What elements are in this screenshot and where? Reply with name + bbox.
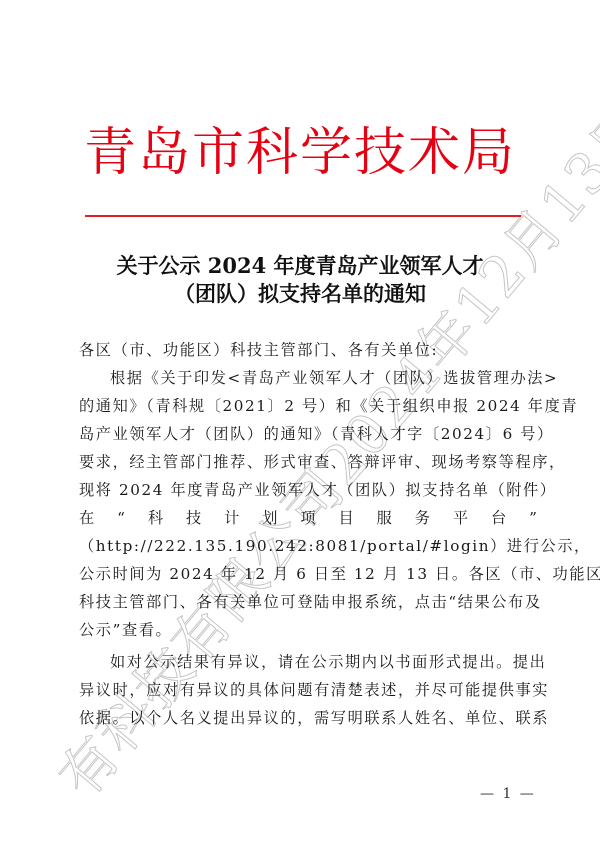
platform-name-line: 在 “ 科 技 计 划 项 目 服 务 平 台 ” [79, 504, 537, 532]
spread-char: 划 [262, 504, 277, 532]
body-line: 科技主管部门、各有关单位可登陆申报系统，点击“结果公布及 [79, 588, 539, 616]
body-line: 异议时，应对有异议的具体问题有清楚表述，并尽可能提供事实 [79, 676, 539, 704]
letterhead-red-rule [85, 215, 521, 217]
spread-char: 目 [338, 504, 353, 532]
notice-title-line-2: （团队）拟支持名单的通知 [60, 280, 540, 308]
document-page: 有科技有限公司2024年12月13日 青岛市科学技术局 关于公示 2024 年度… [0, 0, 600, 849]
spread-char: 务 [415, 504, 430, 532]
agency-letterhead: 青岛市科学技术局 [80, 118, 520, 188]
body-line: 现将 2024 年度青岛产业领军人才（团队）拟支持名单（附件） [79, 476, 539, 504]
spread-char: ” [529, 504, 537, 532]
spread-char: 服 [377, 504, 392, 532]
spread-char: “ [117, 504, 125, 532]
spread-char: 项 [300, 504, 315, 532]
salutation: 各区（市、功能区）科技主管部门、各有关单位: [79, 336, 539, 364]
body-line: 的通知》（青科规〔2021〕2 号）和《关于组织申报 2024 年度青 [79, 392, 539, 420]
body-line: 如对公示结果有异议，请在公示期内以书面形式提出。提出 [110, 648, 570, 676]
spread-char: 平 [453, 504, 468, 532]
body-line: 要求，经主管部门推荐、形式审查、答辩评审、现场考察等程序， [79, 448, 539, 476]
body-line: 公示时间为 2024 年 12 月 6 日至 12 月 13 日。各区（市、功能… [79, 560, 539, 588]
spread-char: 技 [186, 504, 201, 532]
body-line: 依据。以个人名义提出异议的，需写明联系人姓名、单位、联系 [79, 704, 539, 732]
body-line: 根据《关于印发<青岛产业领军人才（团队）选拔管理办法> [110, 364, 570, 392]
body-line: 公示”查看。 [79, 616, 539, 644]
notice-title-line-1: 关于公示 2024 年度青岛产业领军人才 [60, 252, 540, 280]
spread-char: 在 [79, 504, 94, 532]
page-number: — 1 — [480, 786, 536, 802]
spread-char: 科 [148, 504, 163, 532]
spread-char: 计 [224, 504, 239, 532]
body-line: 岛产业领军人才（团队）的通知》（青科人才字〔2024〕6 号） [79, 420, 539, 448]
platform-url-line: （http://222.135.190.242:8081/portal/#log… [79, 532, 539, 560]
spread-char: 台 [491, 504, 506, 532]
